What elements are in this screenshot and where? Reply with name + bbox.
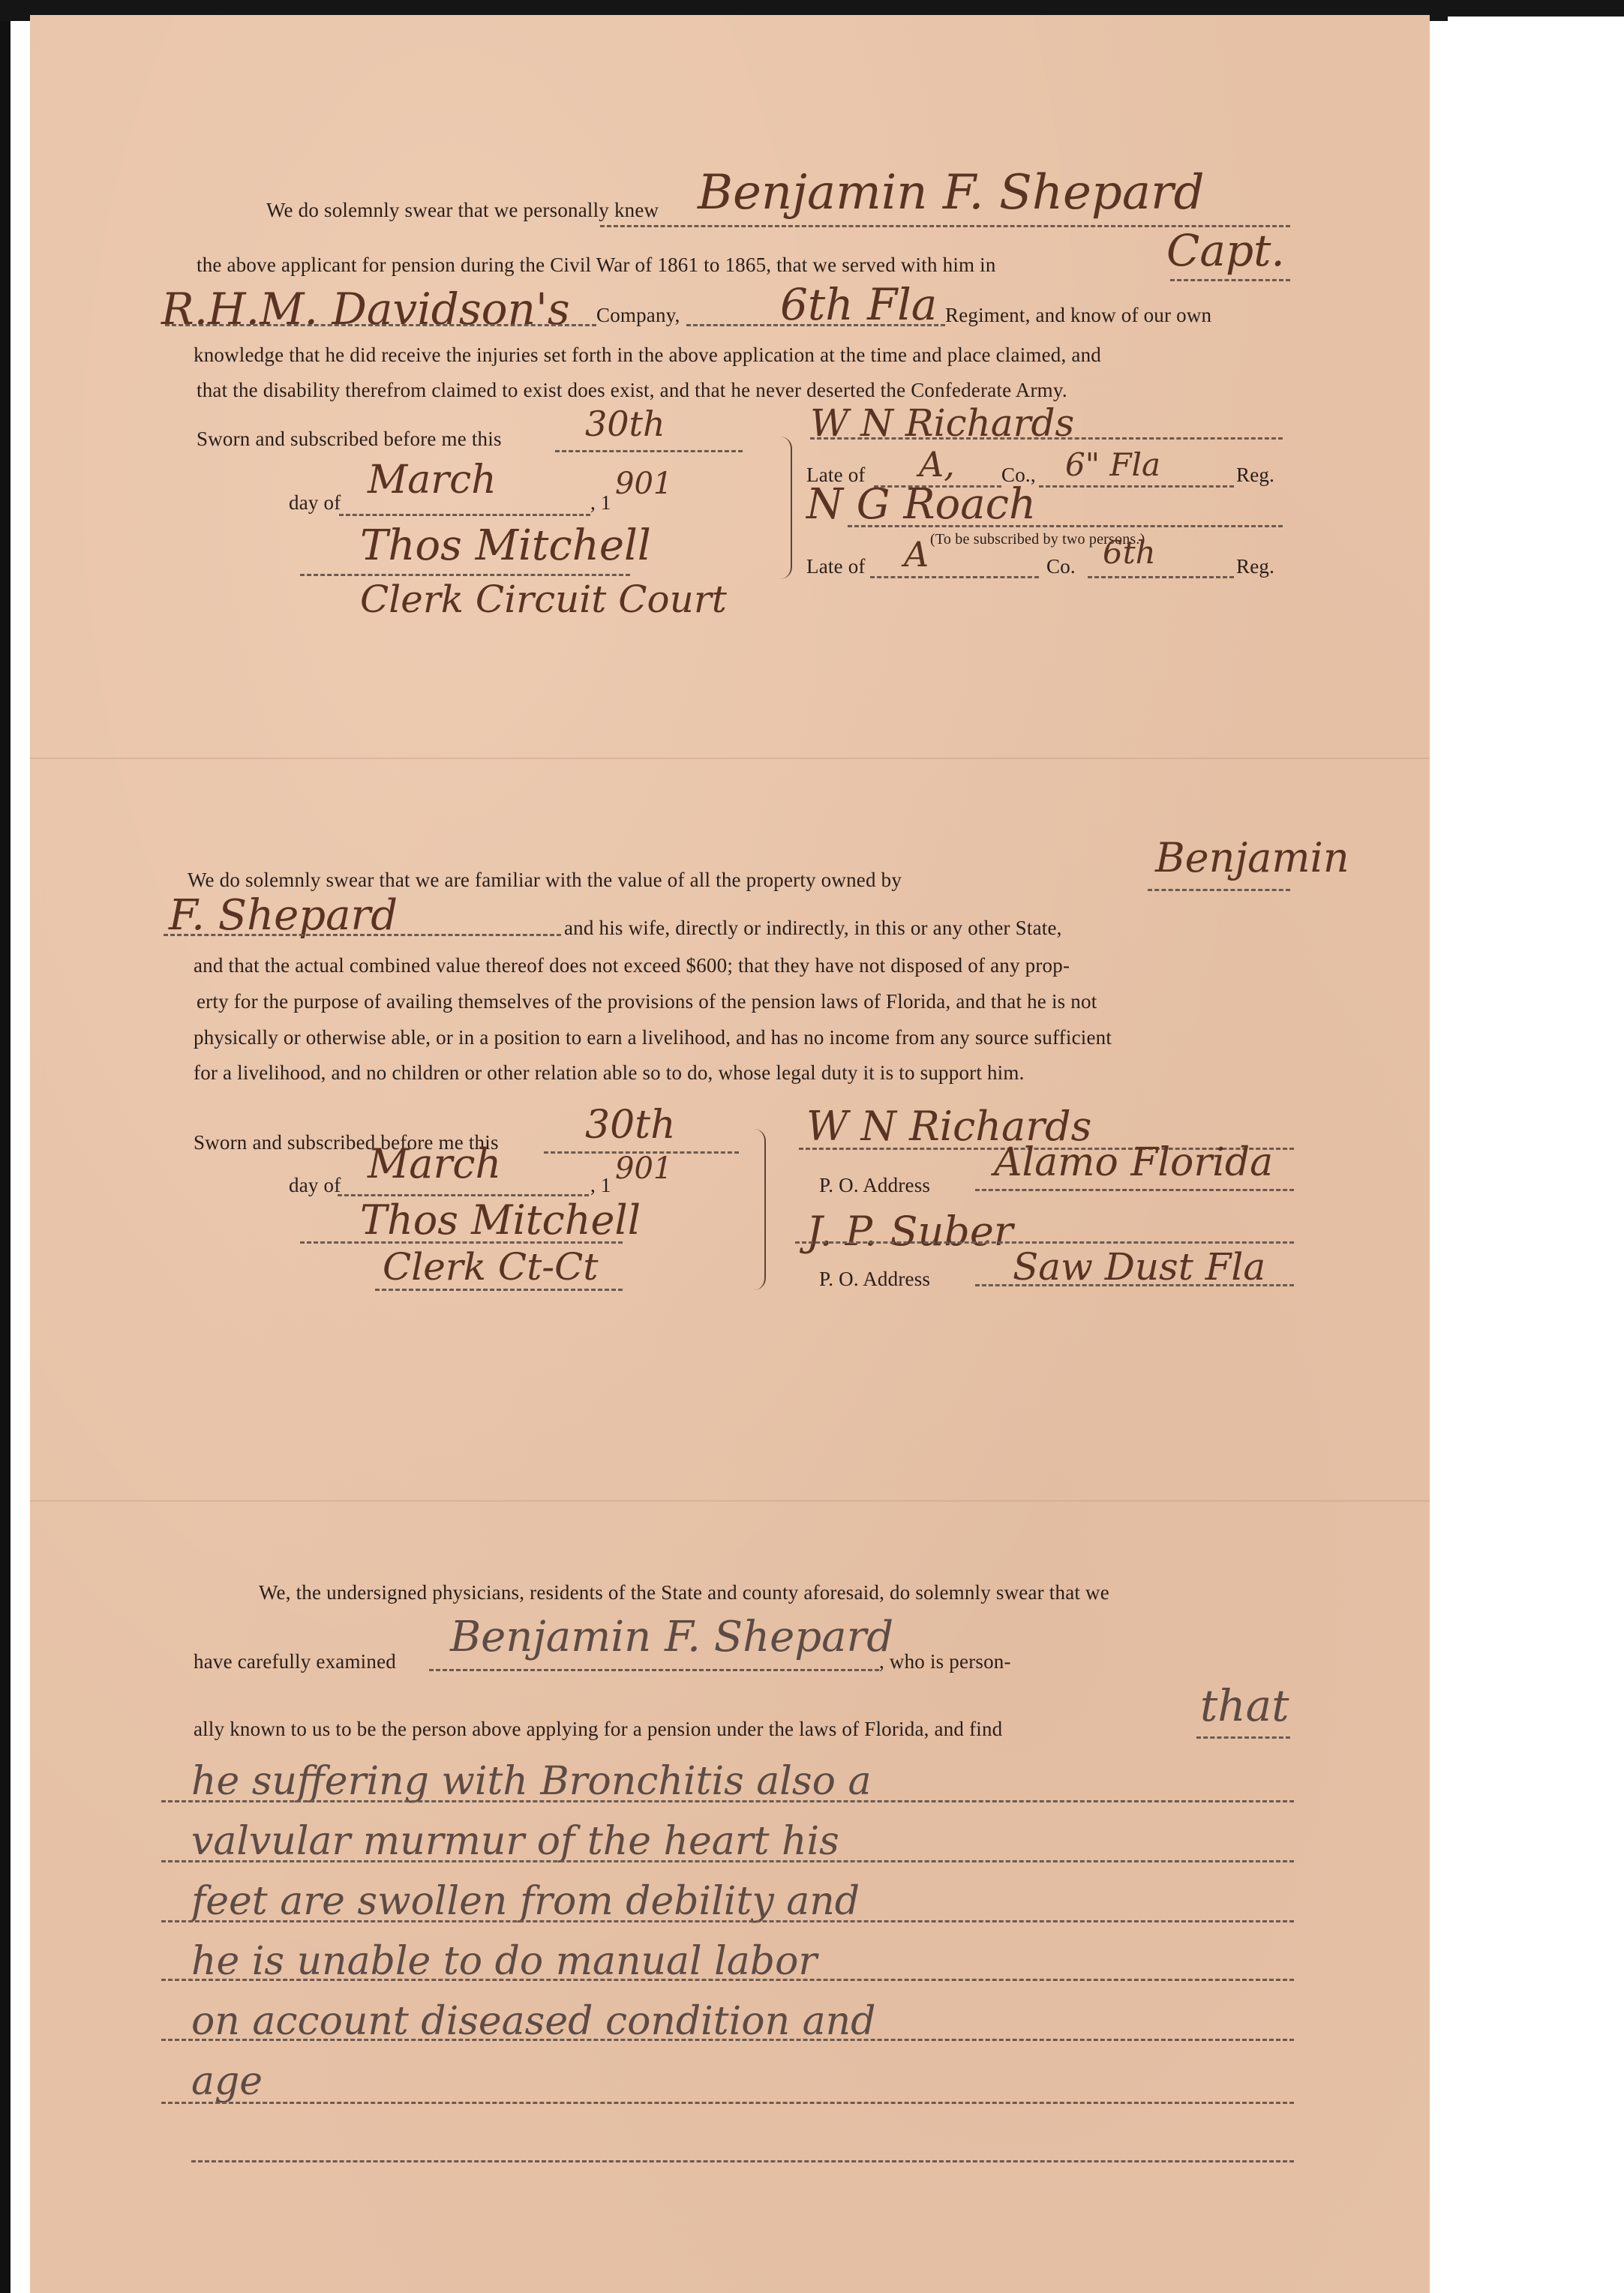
reg-label: Reg.: [1236, 555, 1274, 578]
affidavit-text: the above applicant for pension during t…: [197, 254, 996, 277]
fill-line: [1039, 485, 1234, 488]
year-prefix: , 1: [590, 491, 611, 515]
year-prefix: , 1: [590, 1174, 611, 1197]
regiment-field: 6th Fla: [780, 279, 937, 330]
examined-name: Benjamin F. Shepard: [450, 1613, 893, 1661]
witness1-regiment: 6" Fla: [1065, 446, 1160, 483]
paper-fold-line: [30, 758, 1430, 759]
scan-border-left: [0, 0, 11, 2293]
owner-name-part1: Benjamin: [1155, 834, 1349, 881]
finding-line: feet are swollen from debility and: [191, 1879, 860, 1924]
finding-that: that: [1200, 1680, 1289, 1731]
affidavit-text: erty for the purpose of availing themsel…: [197, 990, 1097, 1013]
sworn-label: Sworn and subscribed before me this: [197, 428, 502, 451]
finding-line: age: [191, 2059, 263, 2104]
applicant-name: Benjamin F. Shepard: [698, 165, 1205, 221]
po-address-label: P. O. Address: [819, 1268, 930, 1291]
affidavit-text: that the disability therefrom claimed to…: [197, 379, 1067, 402]
fill-line: [165, 324, 596, 326]
late-of-label: Late of: [806, 555, 866, 578]
sworn-day: 30th: [585, 1103, 676, 1148]
owner-name-part2: F. Shepard: [169, 891, 398, 940]
fill-line: [300, 574, 630, 576]
sworn-month: March: [368, 458, 497, 503]
paper-fold-line: [30, 1500, 1430, 1502]
finding-line: he is unable to do manual labor: [191, 1939, 817, 1984]
fill-line: [1170, 279, 1290, 281]
fill-line: [339, 514, 590, 516]
fill-line: [848, 525, 1283, 527]
fill-line: [375, 1289, 623, 1291]
fill-line: [870, 576, 1039, 578]
fill-line: [1196, 1736, 1290, 1739]
reg-label: Reg.: [1236, 464, 1274, 487]
witness2-address: Saw Dust Fla: [1013, 1245, 1265, 1289]
witness2-company: A: [904, 534, 929, 575]
fill-line: [161, 2039, 1294, 2041]
captain-field: Capt.: [1166, 225, 1285, 276]
witness1-address: Alamo Florida: [994, 1140, 1273, 1185]
affidavit-text: ally known to us to be the person above …: [194, 1718, 1002, 1741]
sworn-year: 901: [615, 1151, 672, 1186]
fill-line: [161, 1920, 1294, 1922]
finding-line: he suffering with Bronchitis also a: [191, 1759, 871, 1804]
witness2-signature: J. P. Suber: [806, 1208, 1013, 1255]
affidavit-text: and that the actual combined value there…: [194, 954, 1070, 977]
affidavit-text: knowledge that he did receive the injuri…: [194, 344, 1101, 367]
affidavit-text: We do solemnly swear that we are familia…: [188, 869, 902, 892]
who-is-label: , who is person-: [879, 1650, 1011, 1673]
clerk-title: Clerk Circuit Court: [360, 578, 727, 621]
fill-line: [161, 2102, 1294, 2104]
day-of-label: day of: [289, 1174, 341, 1197]
company-label: Company,: [596, 304, 680, 327]
witness1-company: A,: [919, 444, 955, 485]
fill-line: [191, 2160, 1294, 2162]
finding-line: valvular murmur of the heart his: [191, 1819, 839, 1864]
clerk-title: Clerk Ct-Ct: [383, 1245, 599, 1289]
sworn-month: March: [368, 1140, 501, 1187]
regiment-label: Regiment, and know of our own: [945, 304, 1211, 327]
scan-border-top-right: [1425, 0, 1624, 17]
finding-line: on account diseased condition and: [191, 1999, 875, 2044]
affidavit-text: for a livelihood, and no children or oth…: [194, 1061, 1025, 1085]
affidavit-text: and his wife, directly or indirectly, in…: [564, 917, 1062, 940]
company-field: R.H.M. Davidson's: [161, 284, 570, 335]
examined-label: have carefully examined: [194, 1650, 396, 1673]
clerk-signature: Thos Mitchell: [360, 1196, 641, 1244]
witness2-signature: N G Roach: [806, 480, 1036, 529]
fill-line: [429, 1669, 879, 1671]
sworn-year: 901: [615, 467, 672, 501]
co-label: Co.: [1046, 555, 1076, 578]
fill-line: [810, 437, 1283, 440]
clerk-signature: Thos Mitchell: [360, 521, 651, 570]
brace: [754, 1129, 766, 1290]
fill-line: [1088, 576, 1234, 578]
fill-line: [161, 1979, 1294, 1981]
fill-line: [161, 1800, 1294, 1802]
affidavit-text: We, the undersigned physicians, resident…: [259, 1581, 1109, 1604]
day-of-label: day of: [289, 491, 341, 515]
affidavit-text: We do solemnly swear that we personally …: [266, 199, 659, 222]
brace: [780, 437, 792, 579]
affidavit-text: physically or otherwise able, or in a po…: [194, 1026, 1112, 1049]
fill-line: [164, 934, 561, 936]
fill-line: [795, 1241, 1294, 1244]
witness2-regiment: 6th: [1103, 534, 1156, 571]
sworn-day: 30th: [585, 404, 665, 444]
po-address-label: P. O. Address: [819, 1174, 930, 1197]
fill-line: [1148, 889, 1290, 891]
fill-line: [161, 1860, 1294, 1862]
fill-line: [555, 450, 743, 452]
fill-line: [975, 1189, 1294, 1191]
